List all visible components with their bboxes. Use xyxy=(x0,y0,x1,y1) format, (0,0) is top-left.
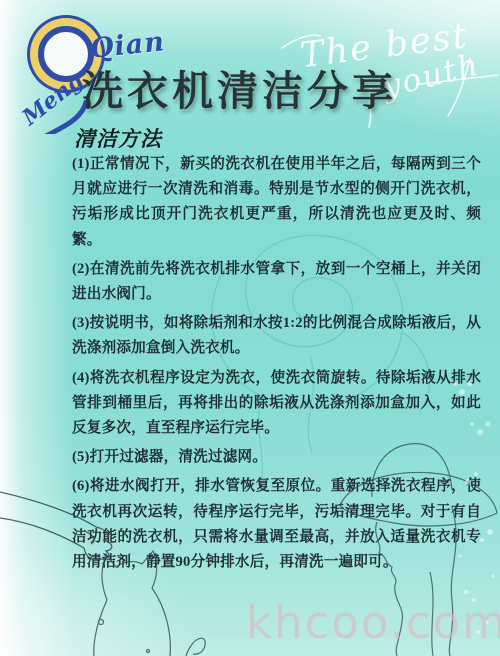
poster: Qian Meng The best youth 洗衣机清洁分享 清洁方法 (1… xyxy=(0,0,500,656)
watermark: khcoo.com xyxy=(246,596,500,649)
paragraph-1: (1)正常情况下，新买的洗衣机在使用半年之后，每隔两到三个月就应进行一次清洗和消… xyxy=(72,152,481,253)
paragraph-6: (6)将进水阀打开，排水管恢复至原位。重新选择洗衣程序，使洗衣机再次运转，待程序… xyxy=(72,474,481,575)
paragraph-3: (3)按说明书，如将除垢剂和水按1:2的比例混合成除垢液后，从洗涤剂添加盒倒入洗… xyxy=(72,311,481,361)
body-text: (1)正常情况下，新买的洗衣机在使用半年之后，每隔两到三个月就应进行一次清洗和消… xyxy=(72,152,481,579)
section-heading: 清洁方法 xyxy=(74,123,162,153)
paragraph-5: (5)打开过滤器，清洗过滤网。 xyxy=(72,445,481,470)
page-title: 洗衣机清洁分享 xyxy=(82,58,397,117)
paragraph-2: (2)在清洗前先将洗衣机排水管拿下，放到一个空桶上，并关闭进出水阀门。 xyxy=(72,257,481,307)
paragraph-4: (4)将洗衣机程序设定为洗衣，使洗衣筒旋转。待除垢液从排水管排到桶里后，再将排出… xyxy=(72,366,481,442)
